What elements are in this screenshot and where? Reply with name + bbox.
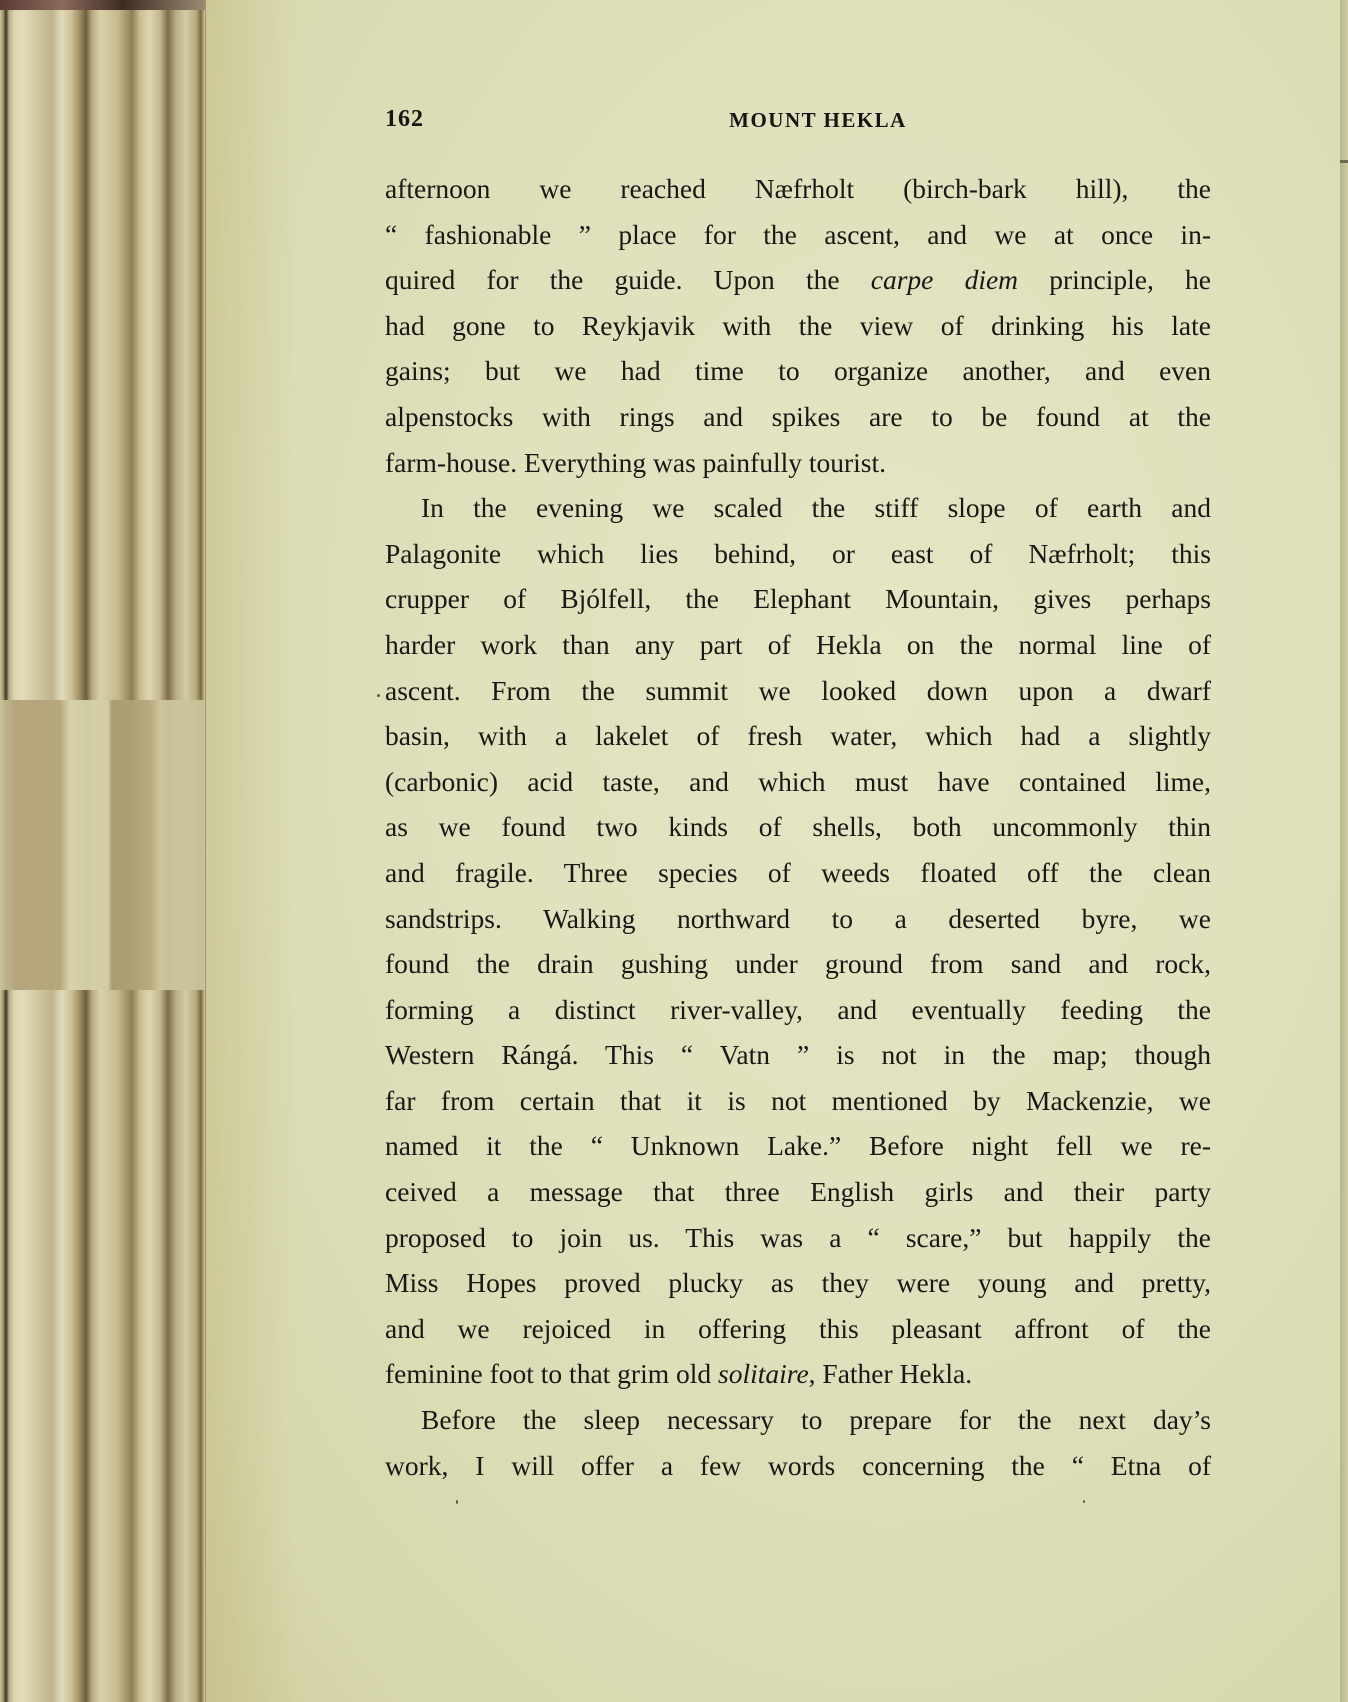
- text-segment: quired for the guide. Upon the: [385, 264, 871, 295]
- text-line: gains; but we had time to organize anoth…: [385, 348, 1211, 394]
- text-line: far from certain that it is not mentione…: [385, 1078, 1211, 1124]
- page-edges-band: [0, 700, 205, 990]
- text-line: found the drain gushing under ground fro…: [385, 941, 1211, 987]
- text-line: named it the “ Unknown Lake.” Before nig…: [385, 1123, 1211, 1169]
- text-line: forming a distinct river-valley, and eve…: [385, 987, 1211, 1033]
- body-text: afternoon we reached Næfrholt (birch-bar…: [385, 166, 1211, 1488]
- text-line: work, I will offer a few words concernin…: [385, 1443, 1211, 1489]
- right-page-edge: [1340, 0, 1348, 1702]
- text-line: afternoon we reached Næfrholt (birch-bar…: [385, 166, 1211, 212]
- paper-speck: [377, 694, 380, 697]
- text-line: Palagonite which lies behind, or east of…: [385, 531, 1211, 577]
- text-line: Western Rángá. This “ Vatn ” is not in t…: [385, 1032, 1211, 1078]
- paragraph: In the evening we scaled the stiff slope…: [385, 485, 1211, 1397]
- text-line: “ fashionable ” place for the ascent, an…: [385, 212, 1211, 258]
- text-line: as we found two kinds of shells, both un…: [385, 804, 1211, 850]
- text-line: proposed to join us. This was a “ scare,…: [385, 1215, 1211, 1261]
- text-line: In the evening we scaled the stiff slope…: [385, 485, 1211, 531]
- running-title: MOUNT HEKLA: [385, 108, 1211, 133]
- book-page-edges: [0, 0, 205, 1702]
- paragraph: afternoon we reached Næfrholt (birch-bar…: [385, 166, 1211, 485]
- text-line: and fragile. Three species of weeds floa…: [385, 850, 1211, 896]
- text-segment: , Father Hekla.: [809, 1358, 972, 1389]
- text-line: sandstrips. Walking northward to a deser…: [385, 896, 1211, 942]
- text-line: harder work than any part of Hekla on th…: [385, 622, 1211, 668]
- text-line: ascent. From the summit we looked down u…: [385, 668, 1211, 714]
- right-edge-mark: [1340, 160, 1348, 163]
- text-line: had gone to Reykjavik with the view of d…: [385, 303, 1211, 349]
- text-line: Before the sleep necessary to prepare fo…: [385, 1397, 1211, 1443]
- text-line: Miss Hopes proved plucky as they were yo…: [385, 1260, 1211, 1306]
- text-line: ceived a message that three English girl…: [385, 1169, 1211, 1215]
- paragraph: Before the sleep necessary to prepare fo…: [385, 1397, 1211, 1488]
- text-segment: feminine foot to that grim old: [385, 1358, 718, 1389]
- paper-speck: [1083, 1500, 1085, 1503]
- text-line: and we rejoiced in offering this pleasan…: [385, 1306, 1211, 1352]
- paper-speck: [456, 1500, 458, 1504]
- italic-phrase: carpe diem: [871, 264, 1018, 295]
- text-line: crupper of Bjólfell, the Elephant Mounta…: [385, 576, 1211, 622]
- text-line: quired for the guide. Upon the carpe die…: [385, 257, 1211, 303]
- text-line: farm-house. Everything was painfully tou…: [385, 440, 1211, 486]
- text-line: basin, with a lakelet of fresh water, wh…: [385, 713, 1211, 759]
- italic-phrase: solitaire: [718, 1358, 809, 1389]
- running-head: 162 MOUNT HEKLA: [385, 106, 1211, 136]
- text-line: alpenstocks with rings and spikes are to…: [385, 394, 1211, 440]
- text-line: (carbonic) acid taste, and which must ha…: [385, 759, 1211, 805]
- text-line: feminine foot to that grim old solitaire…: [385, 1351, 1211, 1397]
- text-segment: principle, he: [1018, 264, 1211, 295]
